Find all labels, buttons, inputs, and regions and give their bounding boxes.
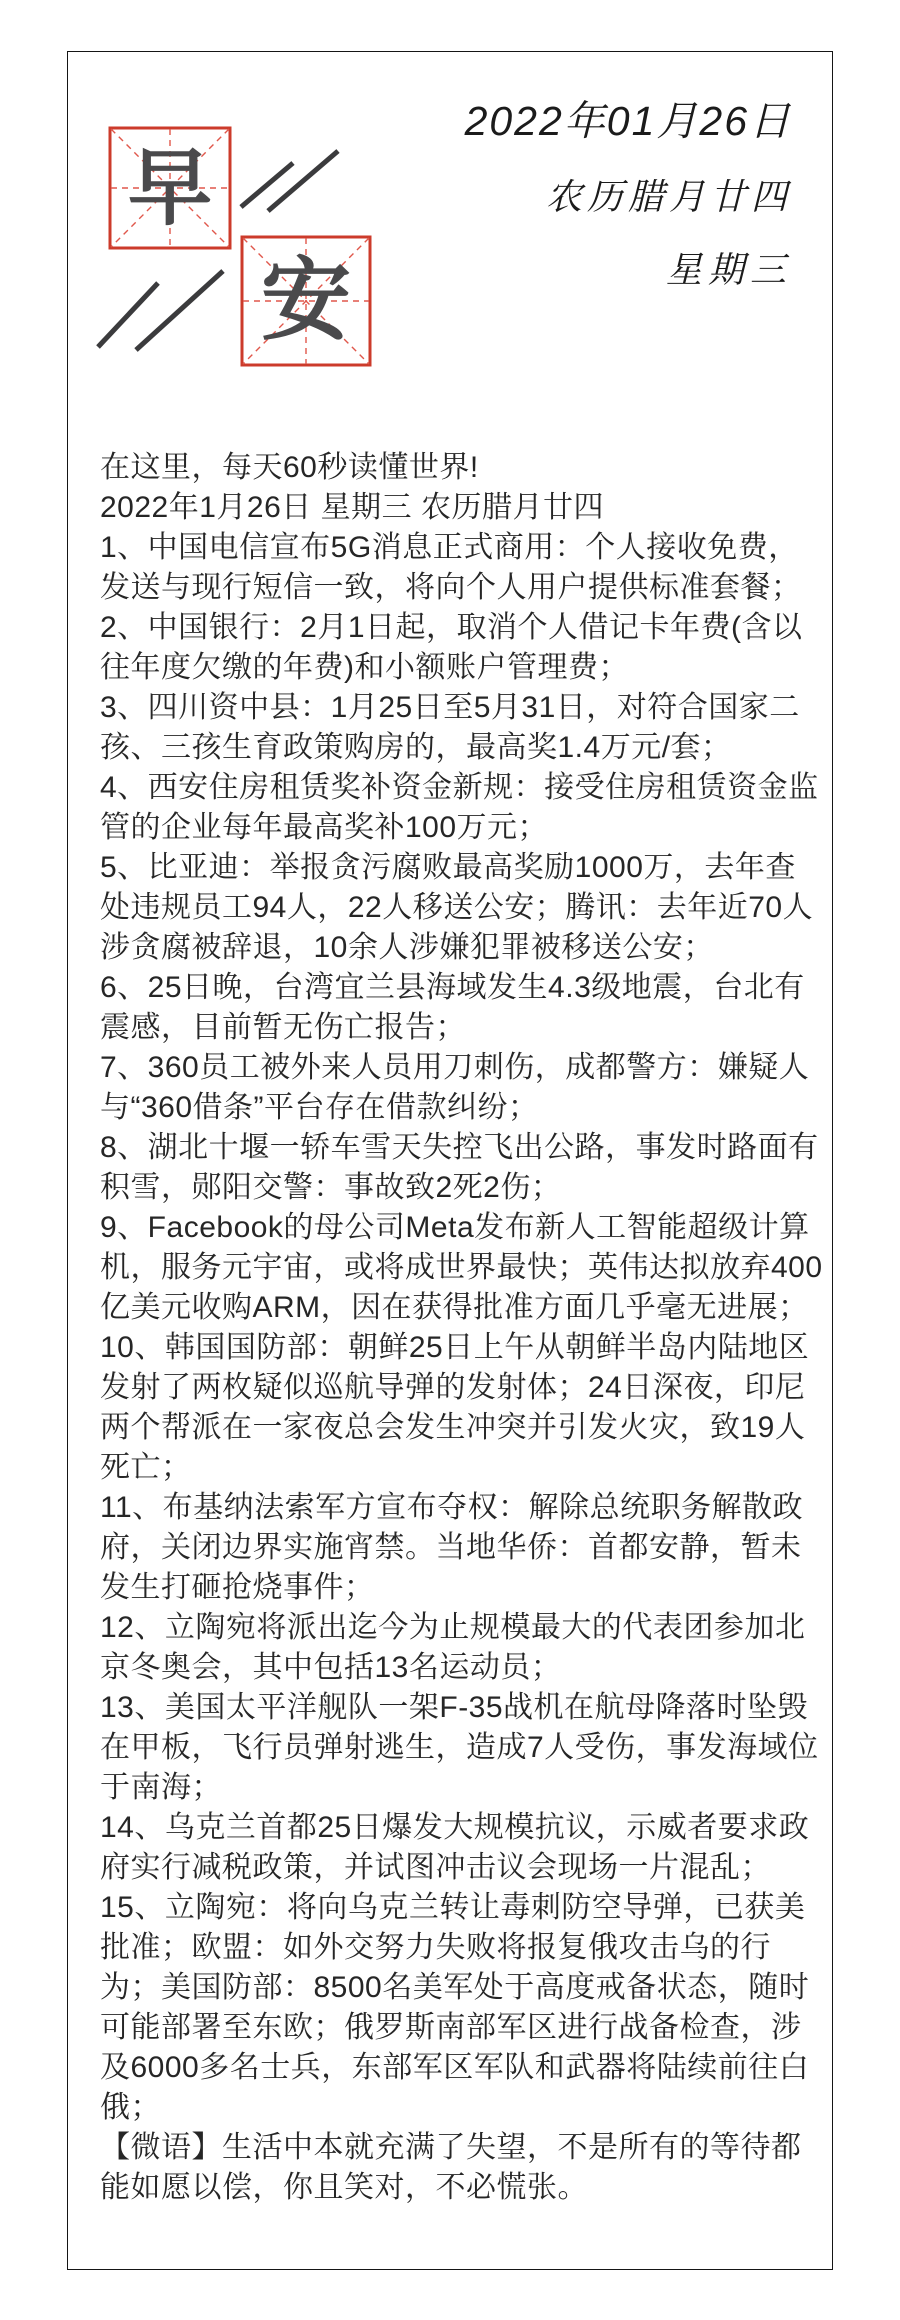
- weiyu-quote: 【微语】生活中本就充满了失望，不是所有的等待都能如愿以偿，你且笑对，不必慌张。: [100, 2128, 826, 2208]
- news-item: 2、中国银行：2月1日起，取消个人借记卡年费(含以往年度欠缴的年费)和小额账户管…: [100, 608, 826, 688]
- weekday: 星期三: [666, 242, 792, 293]
- news-item: 7、360员工被外来人员用刀刺伤，成都警方：嫌疑人与“360借条”平台存在借款纠…: [100, 1048, 826, 1128]
- date-line: 2022年1月26日 星期三 农历腊月廿四: [100, 488, 826, 528]
- news-item: 12、立陶宛将派出迄今为止规模最大的代表团参加北京冬奥会，其中包括13名运动员；: [100, 1608, 826, 1688]
- news-item: 1、中国电信宣布5G消息正式商用：个人接收免费，发送与现行短信一致，将向个人用户…: [100, 528, 826, 608]
- news-item: 10、韩国国防部：朝鲜25日上午从朝鲜半岛内陆地区发射了两枚疑似巡航导弹的发射体…: [100, 1328, 826, 1488]
- zao-grid-box: 早: [108, 126, 232, 250]
- news-item: 15、立陶宛：将向乌克兰转让毒刺防空导弹，已获美批准；欧盟：如外交努力失败将报复…: [100, 1888, 826, 2128]
- news-item: 3、四川资中县：1月25日至5月31日，对符合国家二孩、三孩生育政策购房的，最高…: [100, 688, 826, 768]
- news-body: 在这里，每天60秒读懂世界! 2022年1月26日 星期三 农历腊月廿四 1、中…: [100, 448, 826, 2208]
- an-grid-box: 安: [240, 235, 372, 367]
- news-item: 13、美国太平洋舰队一架F-35战机在航母降落时坠毁在甲板，飞行员弹射逃生，造成…: [100, 1688, 826, 1808]
- zao-character: 早: [128, 146, 212, 230]
- news-item: 6、25日晚，台湾宜兰县海域发生4.3级地震，台北有震感，目前暂无伤亡报告；: [100, 968, 826, 1048]
- news-item: 8、湖北十堰一轿车雪天失控飞出公路，事发时路面有积雪，郧阳交警：事故致2死2伤；: [100, 1128, 826, 1208]
- an-character: 安: [261, 256, 351, 346]
- date-block: 2022年01月26日 农历腊月廿四 星期三: [465, 88, 792, 293]
- news-item: 4、西安住房租赁奖补资金新规：接受住房租赁资金监管的企业每年最高奖补100万元；: [100, 768, 826, 848]
- double-slash-icon-bottom: [92, 265, 230, 353]
- morning-news-card: 早 安 2022年01月26日 农历腊月廿四 星期三 在这里，每天60秒读懂世界…: [0, 0, 900, 2320]
- news-item: 5、比亚迪：举报贪污腐败最高奖励1000万，去年查处违规员工94人，22人移送公…: [100, 848, 826, 968]
- news-item: 14、乌克兰首都25日爆发大规模抗议，示威者要求政府实行减税政策，并试图冲击议会…: [100, 1808, 826, 1888]
- news-items: 1、中国电信宣布5G消息正式商用：个人接收免费，发送与现行短信一致，将向个人用户…: [100, 528, 826, 2128]
- news-item: 11、布基纳法索军方宣布夺权：解除总统职务解散政府，关闭边界实施宵禁。当地华侨：…: [100, 1488, 826, 1608]
- lunar-date: 农历腊月廿四: [546, 169, 792, 220]
- news-item: 9、Facebook的母公司Meta发布新人工智能超级计算机，服务元宇宙，或将成…: [100, 1208, 826, 1328]
- double-slash-icon-top: [235, 145, 345, 217]
- gregorian-date: 2022年01月26日: [465, 88, 792, 147]
- intro-line: 在这里，每天60秒读懂世界!: [100, 448, 826, 488]
